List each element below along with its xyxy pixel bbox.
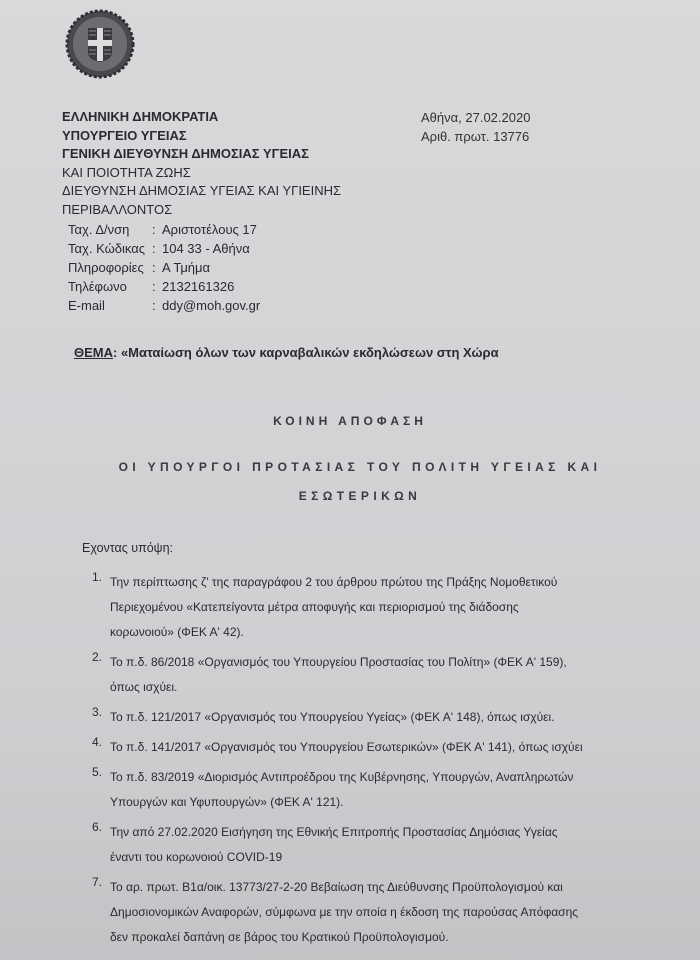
considerations-list: 1. Την περίπτωσης ζ' της παραγράφου 2 το… <box>82 570 647 955</box>
item-text: Το π.δ. 141/2017 «Οργανισμός του Υπουργε… <box>110 735 583 760</box>
item-text: Υπουργών και Υφυπουργών» (ΦΕΚ Α' 121). <box>110 790 573 815</box>
item-text: Το π.δ. 83/2019 «Διορισμός Αντιπροέδρου … <box>110 765 573 790</box>
item-text: Το π.δ. 121/2017 «Οργανισμός του Υπουργε… <box>110 705 555 730</box>
list-item: 3. Το π.δ. 121/2017 «Οργανισμός του Υπου… <box>82 705 647 730</box>
item-text: Το π.δ. 86/2018 «Οργανισμός του Υπουργεί… <box>110 650 567 675</box>
contact-label: Ταχ. Κώδικας <box>68 239 152 258</box>
item-number: 6. <box>82 820 110 870</box>
authority-line: ΔΙΕΥΘΥΝΣΗ ΔΗΜΟΣΙΑΣ ΥΓΕΙΑΣ ΚΑΙ ΥΓΙΕΙΝΗΣ <box>62 182 341 201</box>
contact-row-info: Πληροφορίες: Α Τμήμα <box>68 258 260 277</box>
item-number: 2. <box>82 650 110 700</box>
list-item: 4. Το π.δ. 141/2017 «Οργανισμός του Υπου… <box>82 735 647 760</box>
authority-line: ΓΕΝΙΚΗ ΔΙΕΥΘΥΝΣΗ ΔΗΜΟΣΙΑΣ ΥΓΕΙΑΣ <box>62 145 341 164</box>
considerations-intro: Εχοντας υπόψη: <box>82 541 173 555</box>
authority-line: ΥΠΟΥΡΓΕΙΟ ΥΓΕΙΑΣ <box>62 127 341 146</box>
ministers-title: ΟΙ ΥΠΟΥΡΓΟΙ ΠΡΟΤΑΣΙΑΣ ΤΟΥ ΠΟΛΙΤΗ ΥΓΕΙΑΣ … <box>60 453 660 511</box>
greek-coat-of-arms-icon <box>64 8 136 80</box>
protocol-number: Αριθ. πρωτ. 13776 <box>421 128 530 147</box>
contact-row-email: E-mail: ddy@moh.gov.gr <box>68 296 260 315</box>
contact-label: Τηλέφωνο <box>68 277 152 296</box>
item-text: όπως ισχύει. <box>110 675 567 700</box>
item-text: έναντι του κορωνοιού COVID-19 <box>110 845 558 870</box>
item-number: 7. <box>82 875 110 950</box>
subject-label: ΘΕΜΑ <box>74 345 113 360</box>
item-text: δεν προκαλεί δαπάνη σε βάρος του Κρατικο… <box>110 925 578 950</box>
item-text: Περιεχομένου «Κατεπείγοντα μέτρα αποφυγή… <box>110 595 557 620</box>
item-number: 5. <box>82 765 110 815</box>
contact-value: 104 33 - Αθήνα <box>162 239 250 258</box>
document-page: ΕΛΛΗΝΙΚΗ ΔΗΜΟΚΡΑΤΙΑ ΥΠΟΥΡΓΕΙΟ ΥΓΕΙΑΣ ΓΕΝ… <box>0 0 700 960</box>
contact-row-postcode: Ταχ. Κώδικας: 104 33 - Αθήνα <box>68 239 260 258</box>
list-item: 1. Την περίπτωσης ζ' της παραγράφου 2 το… <box>82 570 647 645</box>
decision-title: ΚΟΙΝΗ ΑΠΟΦΑΣΗ <box>0 414 700 428</box>
authority-line: ΠΕΡΙΒΑΛΛΟΝΤΟΣ <box>62 201 341 220</box>
item-number: 1. <box>82 570 110 645</box>
contact-row-address: Ταχ. Δ/νση: Αριστοτέλους 17 <box>68 220 260 239</box>
list-item: 2. Το π.δ. 86/2018 «Οργανισμός του Υπουρ… <box>82 650 647 700</box>
document-date: Αθήνα, 27.02.2020 <box>421 109 530 128</box>
issuing-authority: ΕΛΛΗΝΙΚΗ ΔΗΜΟΚΡΑΤΙΑ ΥΠΟΥΡΓΕΙΟ ΥΓΕΙΑΣ ΓΕΝ… <box>62 108 341 220</box>
item-text: Το αρ. πρωτ. Β1α/οικ. 13773/27-2-20 Βεβα… <box>110 875 578 900</box>
contact-details: Ταχ. Δ/νση: Αριστοτέλους 17 Ταχ. Κώδικας… <box>68 220 260 315</box>
authority-line: ΕΛΛΗΝΙΚΗ ΔΗΜΟΚΡΑΤΙΑ <box>62 108 341 127</box>
subject-line: ΘΕΜΑ: «Ματαίωση όλων των καρναβαλικών εκ… <box>74 345 499 360</box>
item-text: κορωνοιού» (ΦΕΚ Α' 42). <box>110 620 557 645</box>
item-number: 4. <box>82 735 110 760</box>
contact-label: E-mail <box>68 296 152 315</box>
subject-text: : «Ματαίωση όλων των καρναβαλικών εκδηλώ… <box>113 345 499 360</box>
contact-label: Ταχ. Δ/νση <box>68 220 152 239</box>
contact-label: Πληροφορίες <box>68 258 152 277</box>
list-item: 7. Το αρ. πρωτ. Β1α/οικ. 13773/27-2-20 Β… <box>82 875 647 950</box>
contact-row-phone: Τηλέφωνο: 2132161326 <box>68 277 260 296</box>
list-item: 6. Την από 27.02.2020 Εισήγηση της Εθνικ… <box>82 820 647 870</box>
authority-line: ΚΑΙ ΠΟΙΟΤΗΤΑ ΖΩΗΣ <box>62 164 341 183</box>
contact-value: ddy@moh.gov.gr <box>162 296 260 315</box>
item-text: Την από 27.02.2020 Εισήγηση της Εθνικής … <box>110 820 558 845</box>
contact-value: Α Τμήμα <box>162 258 210 277</box>
item-text: Δημοσιονομικών Αναφορών, σύμφωνα με την … <box>110 900 578 925</box>
contact-value: 2132161326 <box>162 277 234 296</box>
item-text: Την περίπτωσης ζ' της παραγράφου 2 του ά… <box>110 570 557 595</box>
list-item: 5. Το π.δ. 83/2019 «Διορισμός Αντιπροέδρ… <box>82 765 647 815</box>
date-protocol-block: Αθήνα, 27.02.2020 Αριθ. πρωτ. 13776 <box>421 109 530 146</box>
item-number: 3. <box>82 705 110 730</box>
contact-value: Αριστοτέλους 17 <box>162 220 257 239</box>
